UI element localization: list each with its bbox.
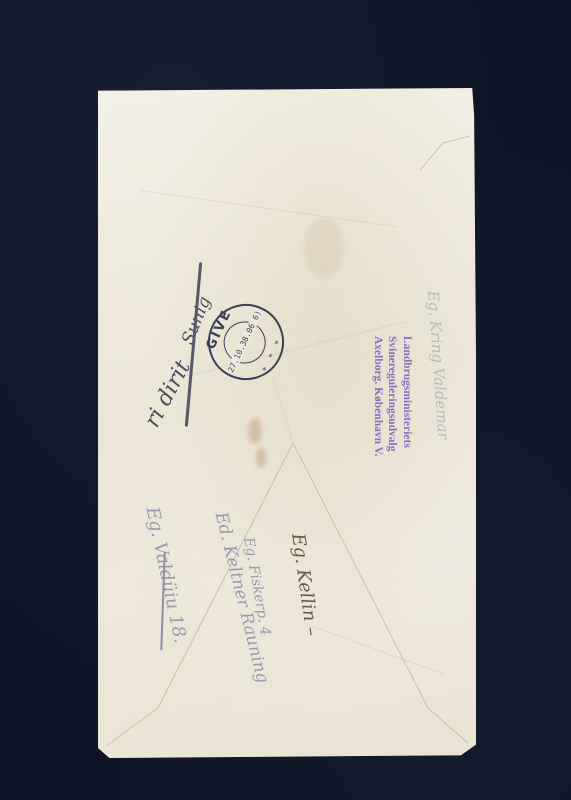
- stamp-line-1: Landbrugsministeriets: [400, 336, 415, 516]
- paper-stain: [256, 448, 266, 468]
- stamp-line-2: Svinereguleringsudvalg: [385, 336, 400, 516]
- paper-stain: [304, 218, 344, 278]
- official-ministry-stamp: Landbrugsministeriets Svinereguleringsud…: [358, 336, 414, 516]
- paper-stain: [248, 418, 262, 444]
- stamp-line-3: Axelborg. København V.: [371, 336, 386, 516]
- postmark-date-suffix: 6): [251, 309, 263, 322]
